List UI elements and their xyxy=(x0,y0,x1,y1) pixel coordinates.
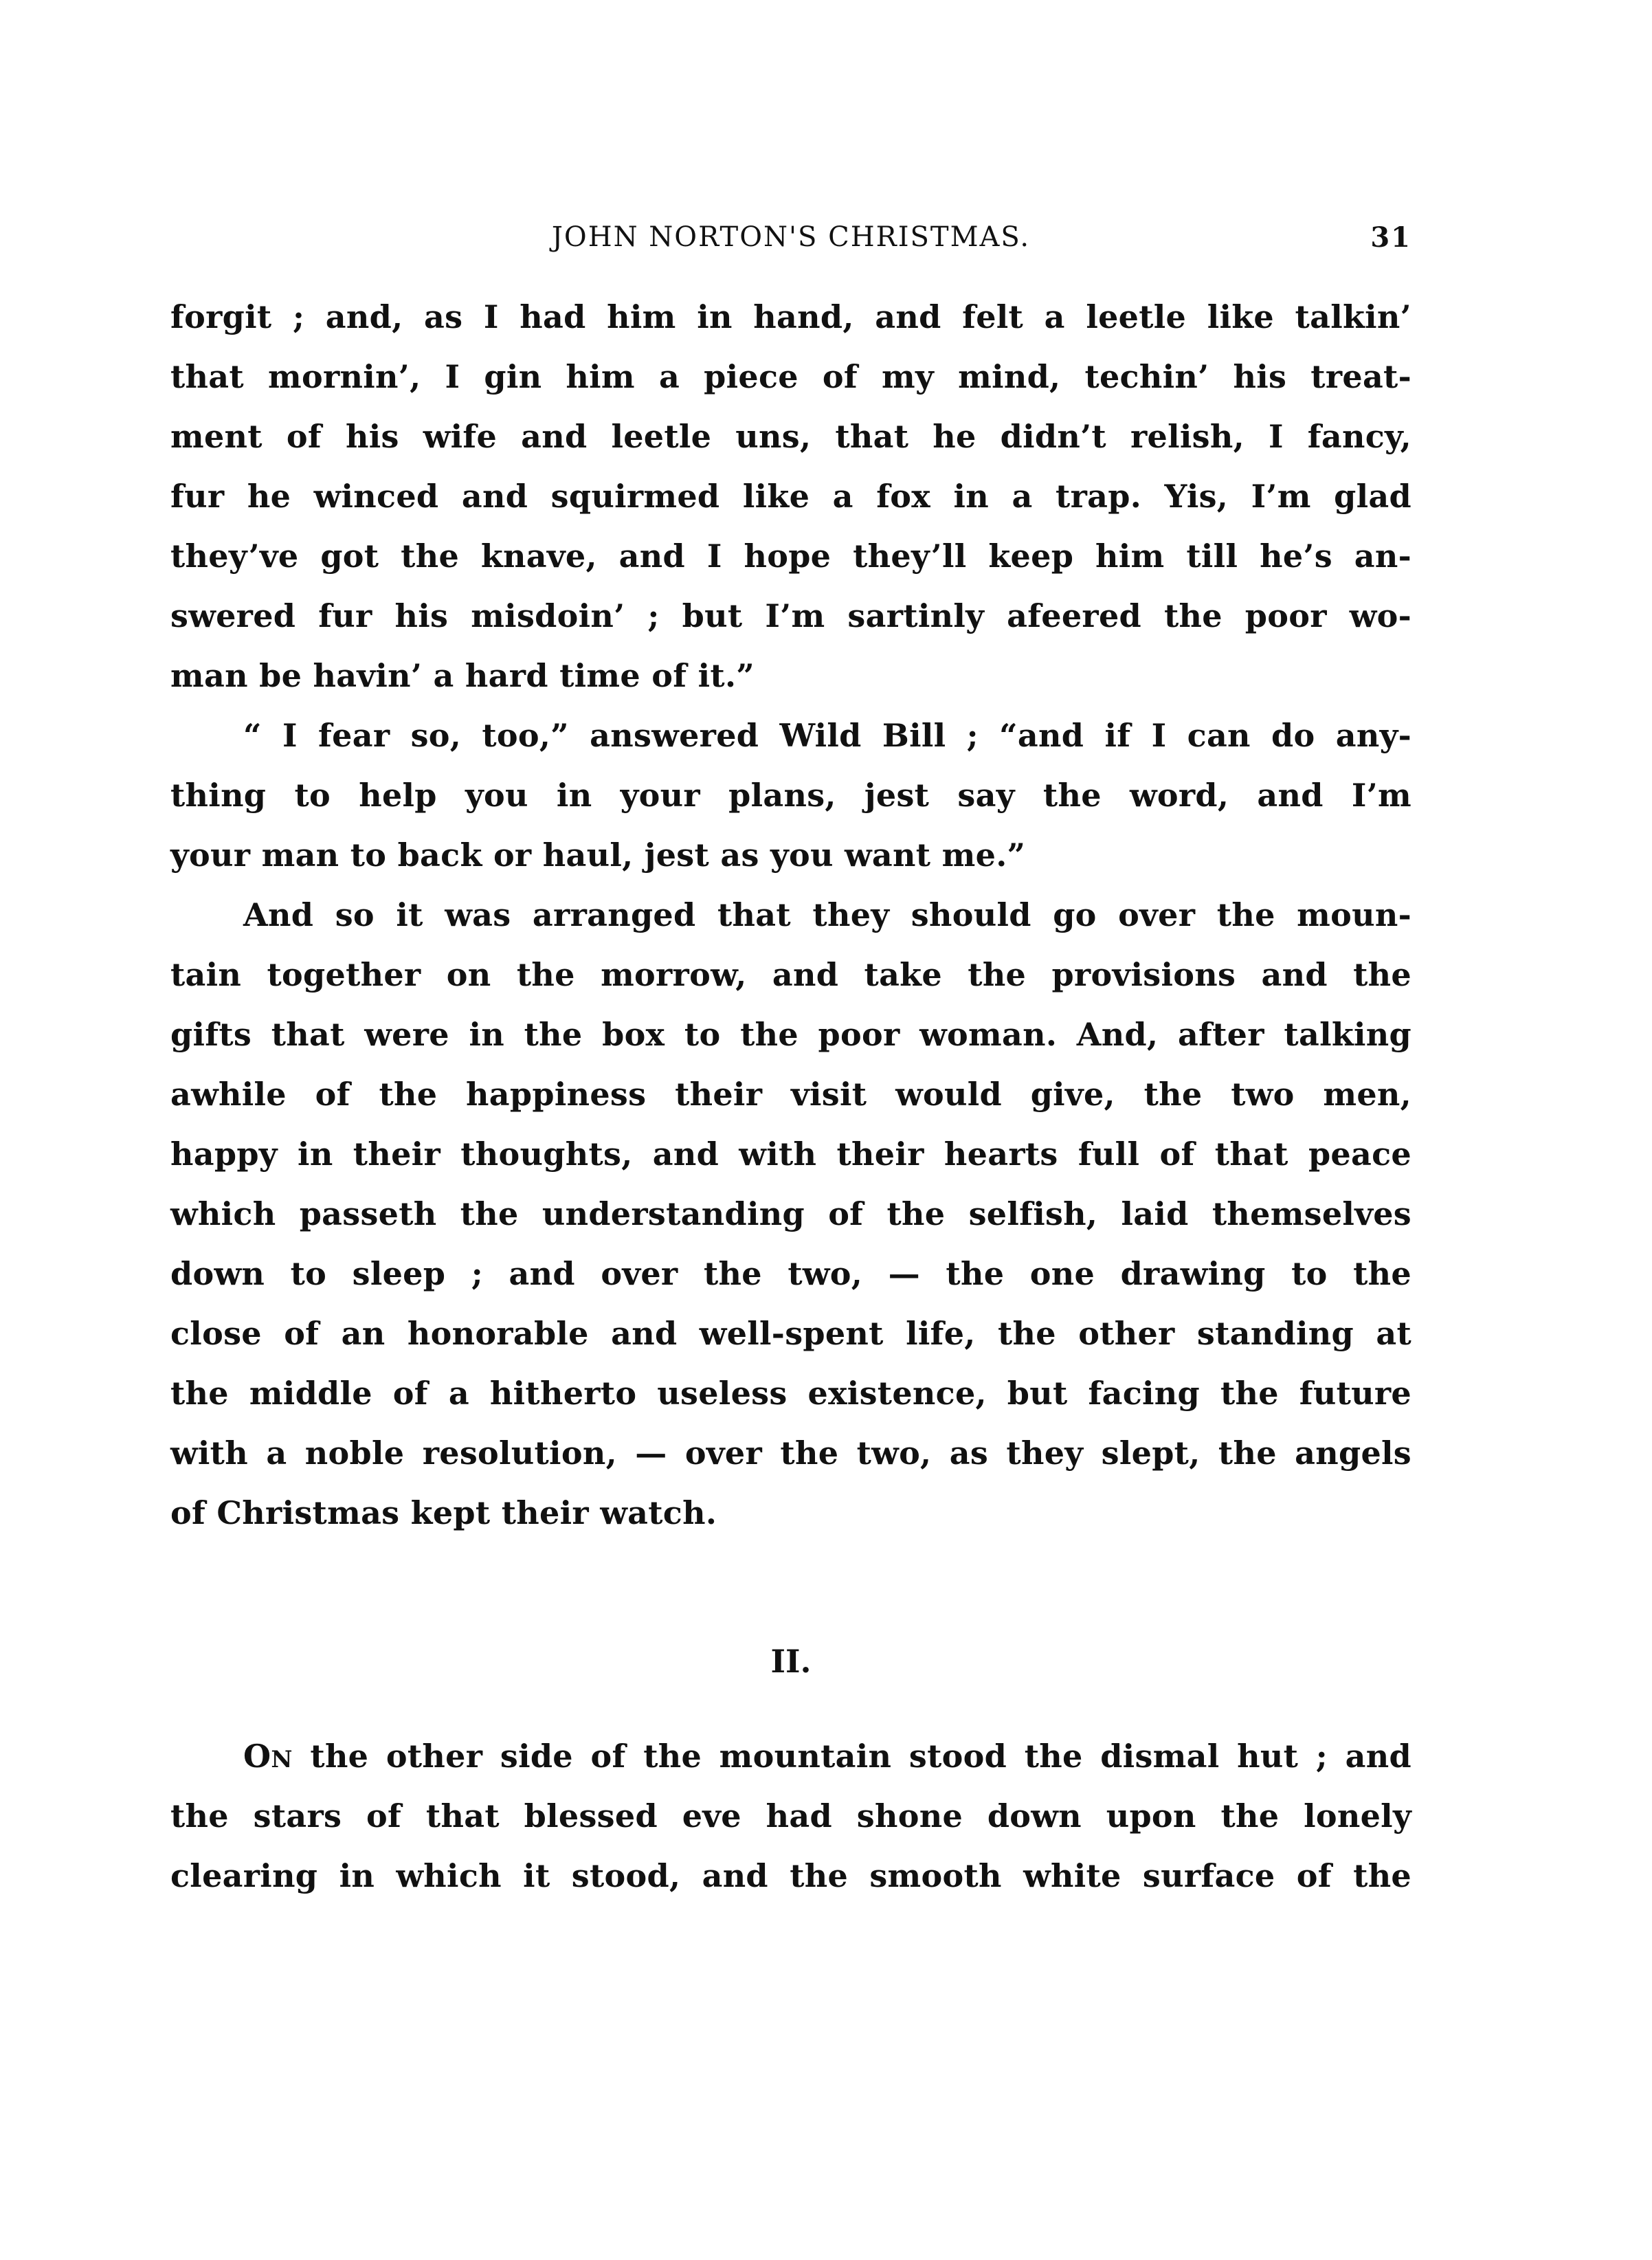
page-number: 31 xyxy=(1370,221,1411,254)
text-line: “ I fear so, too,” answered Wild Bill ; … xyxy=(170,706,1411,766)
section-heading: II. xyxy=(170,1643,1411,1680)
text-line: that mornin’, I gin him a piece of my mi… xyxy=(170,347,1411,407)
text-line: happy in their thoughts, and with their … xyxy=(170,1125,1411,1184)
small-caps-letter: N xyxy=(271,1746,292,1773)
text-line: man be havin’ a hard time of it.” xyxy=(170,646,1411,706)
drop-initial: O xyxy=(243,1738,271,1775)
text-line: clearing in which it stood, and the smoo… xyxy=(170,1846,1411,1906)
text-line: gifts that were in the box to the poor w… xyxy=(170,1005,1411,1065)
text-line: the middle of a hitherto useless existen… xyxy=(170,1364,1411,1423)
text-line: they’ve got the knave, and I hope they’l… xyxy=(170,527,1411,586)
part-one-text: forgit ; and, as I had him in hand, and … xyxy=(170,287,1411,1543)
text-line: close of an honorable and well-spent lif… xyxy=(170,1304,1411,1364)
text-line: down to sleep ; and over the two, — the … xyxy=(170,1244,1411,1304)
opening-line-rest: the other side of the mountain stood the… xyxy=(293,1738,1411,1775)
text-line: ment of his wife and leetle uns, that he… xyxy=(170,407,1411,467)
text-line: your man to back or haul, jest as you wa… xyxy=(170,826,1411,885)
text-line: swered fur his misdoin’ ; but I’m sartin… xyxy=(170,586,1411,646)
paragraph: “ I fear so, too,” answered Wild Bill ; … xyxy=(170,706,1411,885)
text-line: the stars of that blessed eve had shone … xyxy=(170,1786,1411,1846)
text-line: tain together on the morrow, and take th… xyxy=(170,945,1411,1005)
text-line: with a noble resolution, — over the two,… xyxy=(170,1423,1411,1483)
text-line: which passeth the understanding of the s… xyxy=(170,1184,1411,1244)
paragraph: And so it was arranged that they should … xyxy=(170,885,1411,1543)
text-line: forgit ; and, as I had him in hand, and … xyxy=(170,287,1411,347)
text-line: And so it was arranged that they should … xyxy=(170,885,1411,945)
running-title: JOHN NORTON'S CHRISTMAS. xyxy=(170,221,1411,253)
paragraph: forgit ; and, as I had him in hand, and … xyxy=(170,287,1411,706)
paragraph: ON the other side of the mountain stood … xyxy=(170,1727,1411,1906)
text-line: of Christmas kept their watch. xyxy=(170,1483,1411,1543)
running-head: JOHN NORTON'S CHRISTMAS. 31 xyxy=(170,221,1411,263)
text-line: fur he winced and squirmed like a fox in… xyxy=(170,467,1411,527)
text-line-opening: ON the other side of the mountain stood … xyxy=(170,1727,1411,1786)
text-line: awhile of the happiness their visit woul… xyxy=(170,1065,1411,1125)
text-line: thing to help you in your plans, jest sa… xyxy=(170,766,1411,826)
part-two-text: ON the other side of the mountain stood … xyxy=(170,1727,1411,1906)
